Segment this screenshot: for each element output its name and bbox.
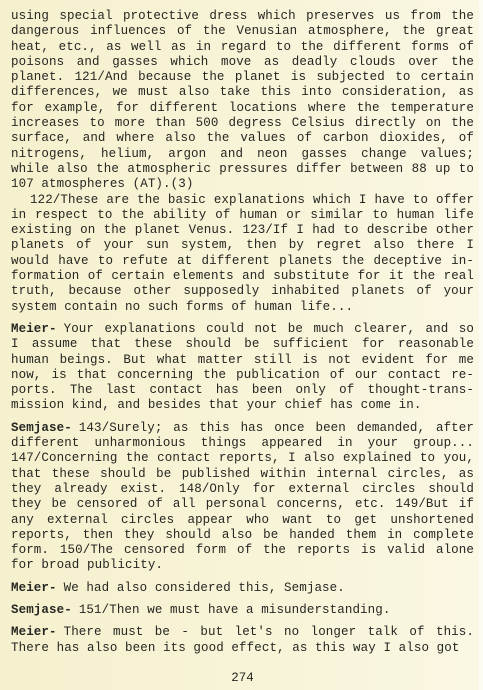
text-line: planet. 121/And because the planet is su… bbox=[11, 70, 474, 85]
text-line: they be censored of all personal concern… bbox=[11, 497, 474, 512]
text-line: nitrogens, helium, argon and neon gasses… bbox=[11, 147, 474, 162]
text-line: system contain no such forms of human li… bbox=[11, 300, 474, 315]
text-line: 147/Concerning the contact reports, I al… bbox=[11, 451, 474, 466]
page-edge-highlight bbox=[479, 0, 483, 690]
text-line: they already exist. 148/Only for externa… bbox=[11, 482, 474, 497]
text-line: I assume that these should be sufficient… bbox=[11, 337, 474, 352]
text-line: planets of your sun system, then by regr… bbox=[11, 238, 474, 253]
text-line: human beings. But what matter still is n… bbox=[11, 353, 474, 368]
text-line: different unharmonious things appeared i… bbox=[11, 436, 474, 451]
scanned-document-page: using special protective dress which pre… bbox=[0, 0, 483, 690]
text-line: while also the atmospheric pressures dif… bbox=[11, 162, 474, 177]
speaker-label: Meier- bbox=[11, 581, 57, 595]
dialogue-paragraph: Meier-There must be - but let's no longe… bbox=[11, 625, 474, 656]
text-line: surface, and where also the values of ca… bbox=[11, 131, 474, 146]
text-line: now, is that concerning the publication … bbox=[11, 368, 474, 383]
text-line: Semjase-143/Surely; as this has once bee… bbox=[11, 421, 474, 436]
text-line: in respect to the ability of human or si… bbox=[11, 208, 474, 223]
page-text: using special protective dress which pre… bbox=[11, 9, 474, 656]
dialogue-paragraph: Semjase-143/Surely; as this has once bee… bbox=[11, 421, 474, 574]
page-number: 274 bbox=[11, 671, 474, 685]
text-line: mission kind, and besides that your chie… bbox=[11, 398, 474, 413]
text-line: 122/These are the basic explanations whi… bbox=[11, 193, 474, 208]
text-line: form. 150/The censored form of the repor… bbox=[11, 543, 474, 558]
text-line: Semjase-151/Then we must have a misunder… bbox=[11, 603, 474, 618]
text-line: that these should be published within in… bbox=[11, 467, 474, 482]
speaker-label: Semjase- bbox=[11, 421, 72, 435]
text-line: There has also been its good effect, as … bbox=[11, 641, 474, 656]
text-line: dangerous influences of the Venusian atm… bbox=[11, 24, 474, 39]
text-line: poisons and gasses which move as deadly … bbox=[11, 55, 474, 70]
text-line: differences, we must also take this into… bbox=[11, 85, 474, 100]
text-line: increases to more than 500 degress Celsi… bbox=[11, 116, 474, 131]
text-line: Meier-We had also considered this, Semja… bbox=[11, 581, 474, 596]
text-line: Meier-Your explanations could not be muc… bbox=[11, 322, 474, 337]
speaker-label: Meier- bbox=[11, 625, 57, 639]
dialogue-paragraph: Semjase-151/Then we must have a misunder… bbox=[11, 603, 474, 618]
body-paragraph: 122/These are the basic explanations whi… bbox=[11, 193, 474, 315]
text-line: would have to refute at different planet… bbox=[11, 254, 474, 269]
dialogue-paragraph: Meier-We had also considered this, Semja… bbox=[11, 581, 474, 596]
text-line: existing on the planet Venus. 123/If I h… bbox=[11, 223, 474, 238]
text-line: ports. The last contact has been only of… bbox=[11, 383, 474, 398]
text-line: any external circles appear who want to … bbox=[11, 513, 474, 528]
text-line: heat, etc., as well as in regard to the … bbox=[11, 40, 474, 55]
text-line: for example, for different locations whe… bbox=[11, 101, 474, 116]
text-line: Meier-There must be - but let's no longe… bbox=[11, 625, 474, 640]
text-line: truth, because other supposedly inhabite… bbox=[11, 284, 474, 299]
dialogue-paragraph: Meier-Your explanations could not be muc… bbox=[11, 322, 474, 414]
text-line: using special protective dress which pre… bbox=[11, 9, 474, 24]
text-line: for broad publicity. bbox=[11, 558, 474, 573]
text-line: formation of certain elements and substi… bbox=[11, 269, 474, 284]
text-line: 107 atmospheres (AT).(3) bbox=[11, 177, 474, 192]
body-paragraph: using special protective dress which pre… bbox=[11, 9, 474, 193]
speaker-label: Meier- bbox=[11, 322, 57, 336]
speaker-label: Semjase- bbox=[11, 603, 72, 617]
text-line: reports, then they should also be handed… bbox=[11, 528, 474, 543]
